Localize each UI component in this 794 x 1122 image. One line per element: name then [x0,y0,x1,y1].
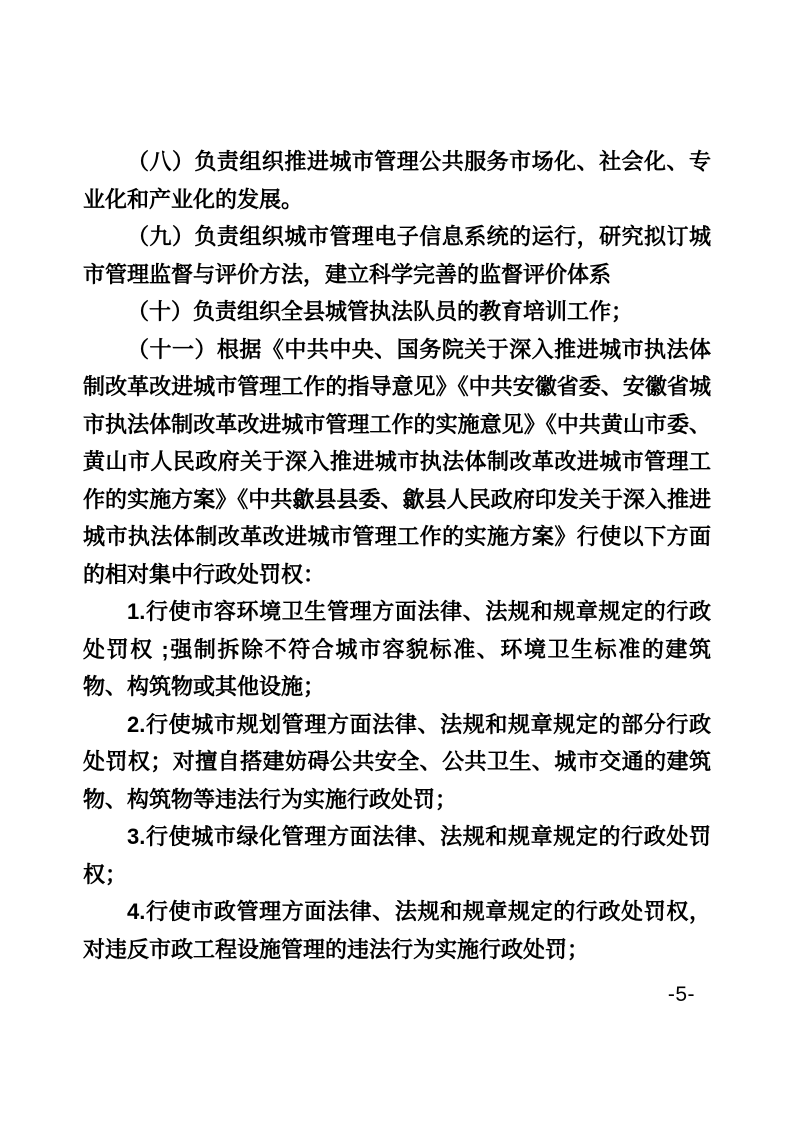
document-page: （八）负责组织推进城市管理公共服务市场化、社会化、专业化和产业化的发展。 （九）… [0,0,794,1122]
paragraph-numbered-4: 4.行使市政管理方面法律、法规和规章规定的行政处罚权，对违反市政工程设施管理的违… [83,893,711,968]
paragraph-numbered-1: 1.行使市容环境卫生管理方面法律、法规和规章规定的行政处罚权 ;强制拆除不符合城… [83,593,711,706]
paragraph-item-10: （十）负责组织全县城管执法队员的教育培训工作； [83,293,711,331]
paragraph-item-8: （八）负责组织推进城市管理公共服务市场化、社会化、专业化和产业化的发展。 [83,143,711,218]
paragraph-item-9: （九）负责组织城市管理电子信息系统的运行，研究拟订城市管理监督与评价方法，建立科… [83,218,711,293]
page-number: -5- [668,983,695,1007]
document-body: （八）负责组织推进城市管理公共服务市场化、社会化、专业化和产业化的发展。 （九）… [83,143,711,968]
paragraph-numbered-3: 3.行使城市绿化管理方面法律、法规和规章规定的行政处罚权； [83,818,711,893]
paragraph-numbered-2: 2.行使城市规划管理方面法律、法规和规章规定的部分行政处罚权；对擅自搭建妨碍公共… [83,706,711,819]
paragraph-item-11: （十一）根据《中共中央、国务院关于深入推进城市执法体制改革改进城市管理工作的指导… [83,331,711,594]
